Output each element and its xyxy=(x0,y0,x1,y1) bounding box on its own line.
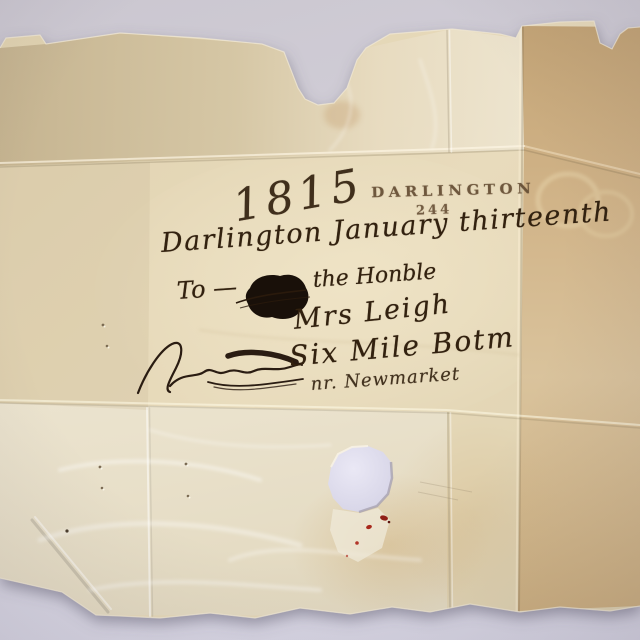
letter-photograph: DARLINGTON 244 1815 Darlington January t… xyxy=(0,0,640,640)
paper-left-shade xyxy=(0,162,150,410)
tear-stain xyxy=(324,101,360,129)
paper-gold-sheen-2 xyxy=(390,420,560,610)
paper-top-fold-panel xyxy=(0,26,524,166)
addressee-prefix: To — xyxy=(176,273,238,305)
